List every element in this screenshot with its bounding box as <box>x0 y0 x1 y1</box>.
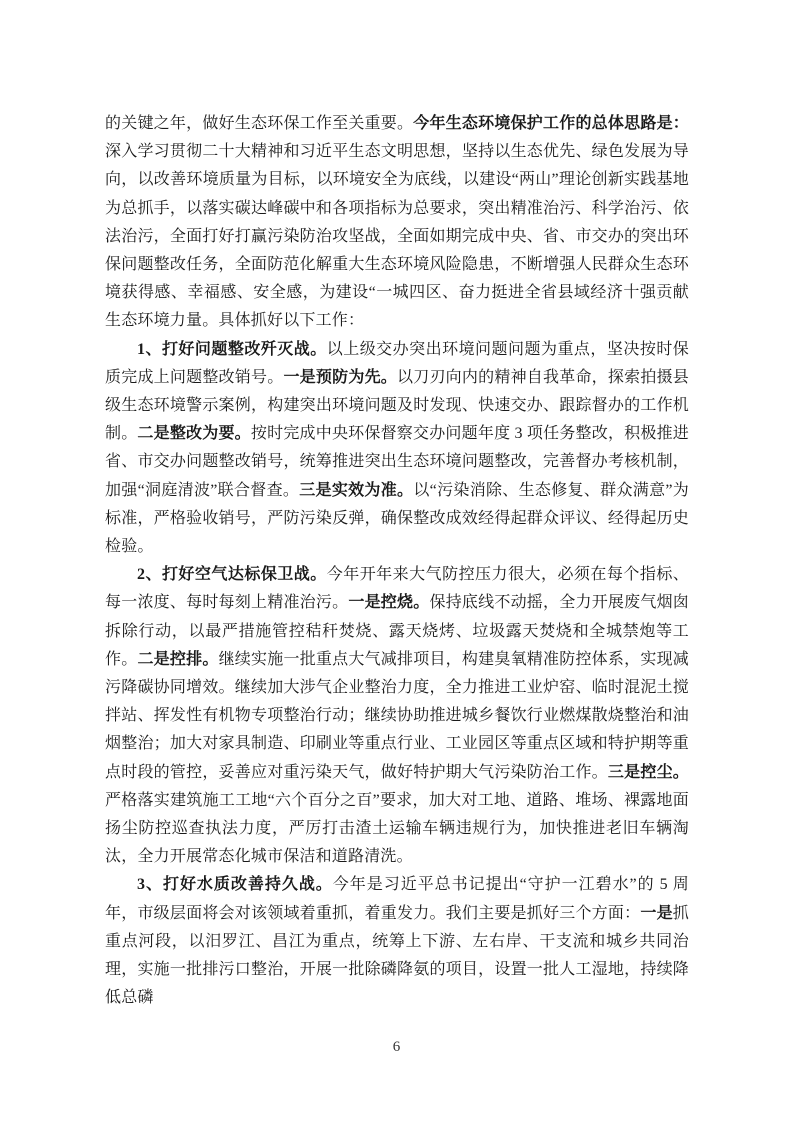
paragraph: 1、打好问题整改歼灭战。以上级交办突出环境问题问题为重点，坚决按时保质完成上问题… <box>105 336 689 562</box>
bold-text-run: 三是控尘。 <box>608 764 689 781</box>
page-number: 6 <box>393 1039 401 1055</box>
bold-text-run: 1、打好问题整改歼灭战。 <box>137 341 327 358</box>
bold-text-run: 三是实效为准。 <box>299 482 413 499</box>
document-body: 的关键之年，做好生态环保工作至关重要。今年生态环境保护工作的总体思路是：深入学习… <box>105 110 689 1013</box>
page-footer: 6 <box>0 1036 793 1058</box>
bold-text-run: 二是控排。 <box>137 651 218 668</box>
bold-text-run: 3、打好水质改善持久战。 <box>137 876 333 893</box>
bold-text-run: 二是整改为要。 <box>137 425 250 442</box>
document-page: 的关键之年，做好生态环保工作至关重要。今年生态环境保护工作的总体思路是：深入学习… <box>0 0 793 1122</box>
bold-text-run: 一是 <box>640 905 672 922</box>
paragraph: 的关键之年，做好生态环保工作至关重要。今年生态环境保护工作的总体思路是：深入学习… <box>105 110 689 336</box>
bold-text-run: 今年生态环境保护工作的总体思路是： <box>413 115 689 132</box>
paragraph: 2、打好空气达标保卫战。今年开年来大气防控压力很大，必须在每个指标、每一浓度、每… <box>105 561 689 871</box>
paragraph: 3、打好水质改善持久战。今年是习近平总书记提出“守护一江碧水”的 5 周年，市级… <box>105 871 689 1012</box>
bold-text-run: 一是预防为先。 <box>283 369 397 386</box>
text-run: 深入学习贯彻二十大精神和习近平生态文明思想，坚持以生态优先、绿色发展为导向，以改… <box>105 143 689 329</box>
bold-text-run: 2、打好空气达标保卫战。 <box>137 566 327 583</box>
text-run: 严格落实建筑施工工地“六个百分之百”要求，加大对工地、道路、堆场、裸露地面扬尘防… <box>105 792 689 865</box>
text-run: 继续实施一批重点大气减排项目，构建臭氧精准防控体系，实现减污降碳协同增效。继续加… <box>105 651 689 781</box>
bold-text-run: 一是控烧。 <box>348 594 429 611</box>
text-run: 的关键之年，做好生态环保工作至关重要。 <box>105 115 413 132</box>
